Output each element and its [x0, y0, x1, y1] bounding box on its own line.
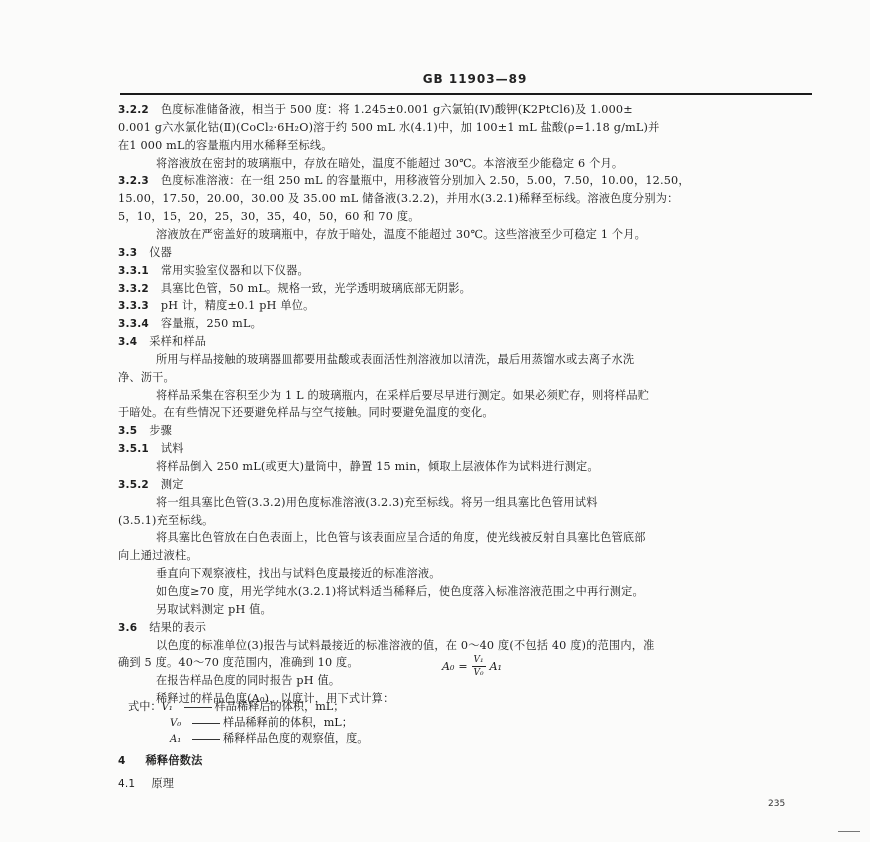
where-desc: 样品稀释前的体积，mL；: [223, 716, 353, 729]
section-title: 原理: [151, 777, 174, 790]
line-text: 将一组具塞比色管(3.3.2)用色度标准溶液(3.2.3)充至标线。将另一组具塞…: [156, 496, 598, 509]
line-text: 以色度的标准单位(3)报告与试料最接近的标准溶液的值，在 0～40 度(不包括 …: [156, 639, 655, 652]
line-text: 仪器: [149, 246, 172, 259]
clause-number: 3.4: [118, 335, 137, 349]
clause-number: 3.5: [118, 424, 137, 438]
paragraph-line: 向上通过液柱。: [118, 549, 198, 563]
where-symbol: A₁: [170, 733, 192, 747]
line-text: 将具塞比色管放在白色表面上，比色管与该表面应呈合适的角度，使光线被反射自具塞比色…: [156, 531, 646, 544]
page-number: 235: [768, 799, 785, 809]
line-text: 0.001 g六水氯化钴(Ⅱ)(CoCl₂·6H₂O)溶于约 500 mL 水(…: [118, 121, 659, 134]
numbered-clause: 3.2.2色度标准储备液，相当于 500 度：将 1.245±0.001 g六氯…: [118, 103, 633, 117]
line-text: 向上通过液柱。: [118, 549, 198, 562]
paragraph-line: 将溶液放在密封的玻璃瓶中，存放在暗处，温度不能超过 30℃。本溶液至少能稳定 6…: [156, 157, 623, 171]
em-dash: [184, 707, 212, 708]
em-dash: [192, 739, 220, 740]
clause-number: 3.3.1: [118, 264, 149, 278]
line-text: 具塞比色管，50 mL。规格一致，光学透明玻璃底部无阴影。: [161, 282, 471, 295]
numbered-clause: 3.4采样和样品: [118, 335, 206, 349]
where-desc: 样品稀释后的体积，mL；: [215, 700, 345, 713]
line-text: 采样和样品: [149, 335, 206, 348]
line-text: 将样品倒入 250 mL(或更大)量筒中，静置 15 min，倾取上层液体作为试…: [156, 460, 599, 473]
clause-number: 3.5.1: [118, 442, 149, 456]
line-text: 确到 5 度。40～70 度范围内，准确到 10 度。: [118, 656, 359, 669]
clause-number: 3.5.2: [118, 478, 149, 492]
section-number: 4.1: [118, 777, 135, 791]
line-text: 测定: [161, 478, 184, 491]
where-desc: 稀释样品色度的观察值，度。: [223, 732, 368, 745]
clause-number: 3.3: [118, 246, 137, 260]
paragraph-line: 所用与样品接触的玻璃器皿都要用盐酸或表面活性剂溶液加以清洗，最后用蒸馏水或去离子…: [156, 353, 634, 367]
formula-lhs: A₀: [442, 660, 454, 673]
line-text: pH 计，精度±0.1 pH 单位。: [161, 299, 315, 312]
paragraph-line: 将样品倒入 250 mL(或更大)量筒中，静置 15 min，倾取上层液体作为试…: [156, 460, 599, 474]
line-text: 结果的表示: [149, 621, 206, 634]
section-number: 4: [118, 754, 126, 768]
fraction-bar: [472, 666, 486, 667]
paragraph-line: 以色度的标准单位(3)报告与试料最接近的标准溶液的值，在 0～40 度(不包括 …: [156, 639, 655, 653]
paragraph-line: 垂直向下观察液柱，找出与试料色度最接近的标准溶液。: [156, 567, 441, 581]
line-text: 步骤: [149, 424, 172, 437]
where-line-2: V₀样品稀释前的体积，mL；: [170, 716, 353, 731]
section-heading-4-1: 4.1原理: [118, 777, 174, 791]
dilution-formula: A₀ = V₁ V₀ A₁: [442, 655, 502, 678]
formula-fraction: V₁ V₀: [472, 655, 486, 678]
line-text: 在1 000 mL的容量瓶内用水稀释至标线。: [118, 139, 333, 152]
clause-number: 3.6: [118, 621, 137, 635]
formula-numerator: V₁: [474, 655, 484, 665]
header-rule: [120, 93, 812, 95]
where-line-1: 式中：V₁样品稀释后的体积，mL；: [128, 700, 345, 715]
numbered-clause: 3.3仪器: [118, 246, 172, 260]
document-page: GB 11903—89 3.2.2色度标准储备液，相当于 500 度：将 1.2…: [0, 0, 870, 842]
line-text: 如色度≥70 度，用光学纯水(3.2.1)将试料适当稀释后，使色度落入标准溶液范…: [156, 585, 644, 598]
clause-number: 3.2.3: [118, 174, 149, 188]
line-text: 试料: [161, 442, 184, 455]
numbered-clause: 3.2.3色度标准溶液：在一组 250 mL 的容量瓶中，用移液管分别加入 2.…: [118, 174, 690, 188]
paragraph-line: 在报告样品色度的同时报告 pH 值。: [156, 674, 340, 688]
paragraph-line: 如色度≥70 度，用光学纯水(3.2.1)将试料适当稀释后，使色度落入标准溶液范…: [156, 585, 644, 599]
line-text: 在报告样品色度的同时报告 pH 值。: [156, 674, 340, 687]
where-line-3: A₁稀释样品色度的观察值，度。: [170, 732, 368, 747]
line-text: 容量瓶，250 mL。: [161, 317, 262, 330]
paragraph-line: 另取试料测定 pH 值。: [156, 603, 272, 617]
formula-factor: A₁: [490, 660, 502, 673]
standard-id-header: GB 11903—89: [420, 72, 530, 86]
clause-number: 3.3.3: [118, 299, 149, 313]
section-heading-4: 4稀释倍数法: [118, 753, 202, 768]
paragraph-line: 将具塞比色管放在白色表面上，比色管与该表面应呈合适的角度，使光线被反射自具塞比色…: [156, 531, 646, 545]
line-text: (3.5.1)充至标线。: [118, 514, 214, 527]
numbered-clause: 3.3.1常用实验室仪器和以下仪器。: [118, 264, 309, 278]
clause-number: 3.3.2: [118, 282, 149, 296]
formula-denominator: V₀: [474, 668, 484, 678]
numbered-clause: 3.6结果的表示: [118, 621, 206, 635]
em-dash: [192, 723, 220, 724]
section-title: 稀释倍数法: [146, 753, 203, 767]
line-text: 15.00，17.50，20.00，30.00 及 35.00 mL 储备液(3…: [118, 192, 678, 205]
numbered-clause: 3.3.3pH 计，精度±0.1 pH 单位。: [118, 299, 315, 313]
paragraph-line: 在1 000 mL的容量瓶内用水稀释至标线。: [118, 139, 333, 153]
paragraph-line: 于暗处。在有些情况下还要避免样品与空气接触。同时要避免温度的变化。: [118, 406, 494, 420]
line-text: 5，10，15，20，25，30，35，40，50，60 和 70 度。: [118, 210, 420, 223]
where-symbol: V₁: [162, 701, 184, 715]
numbered-clause: 3.5.2测定: [118, 478, 184, 492]
paragraph-line: (3.5.1)充至标线。: [118, 514, 214, 528]
paragraph-line: 0.001 g六水氯化钴(Ⅱ)(CoCl₂·6H₂O)溶于约 500 mL 水(…: [118, 121, 659, 135]
paragraph-line: 15.00，17.50，20.00，30.00 及 35.00 mL 储备液(3…: [118, 192, 678, 206]
line-text: 色度标准储备液，相当于 500 度：将 1.245±0.001 g六氯铂(Ⅳ)酸…: [161, 103, 633, 116]
clause-number: 3.2.2: [118, 103, 149, 117]
paragraph-line: 5，10，15，20，25，30，35，40，50，60 和 70 度。: [118, 210, 420, 224]
line-text: 垂直向下观察液柱，找出与试料色度最接近的标准溶液。: [156, 567, 441, 580]
paragraph-line: 将样品采集在容积至少为 1 L 的玻璃瓶内，在采样后要尽早进行测定。如果必须贮存…: [156, 389, 649, 403]
line-text: 溶液放在严密盖好的玻璃瓶中，存放于暗处，温度不能超过 30℃。这些溶液至少可稳定…: [156, 228, 646, 241]
line-text: 另取试料测定 pH 值。: [156, 603, 272, 616]
paragraph-line: 溶液放在严密盖好的玻璃瓶中，存放于暗处，温度不能超过 30℃。这些溶液至少可稳定…: [156, 228, 646, 242]
clause-number: 3.3.4: [118, 317, 149, 331]
line-text: 常用实验室仪器和以下仪器。: [161, 264, 309, 277]
numbered-clause: 3.3.2具塞比色管，50 mL。规格一致，光学透明玻璃底部无阴影。: [118, 282, 471, 296]
scan-corner-mark: [838, 831, 860, 832]
line-text: 色度标准溶液：在一组 250 mL 的容量瓶中，用移液管分别加入 2.50，5.…: [161, 174, 690, 187]
line-text: 将溶液放在密封的玻璃瓶中，存放在暗处，温度不能超过 30℃。本溶液至少能稳定 6…: [156, 157, 623, 170]
paragraph-line: 将一组具塞比色管(3.3.2)用色度标准溶液(3.2.3)充至标线。将另一组具塞…: [156, 496, 598, 510]
where-symbol: V₀: [170, 717, 192, 731]
numbered-clause: 3.3.4容量瓶，250 mL。: [118, 317, 262, 331]
line-text: 净、沥干。: [118, 371, 175, 384]
paragraph-line: 确到 5 度。40～70 度范围内，准确到 10 度。: [118, 656, 359, 670]
where-label: 式中：: [128, 700, 162, 713]
paragraph-line: 净、沥干。: [118, 371, 175, 385]
line-text: 于暗处。在有些情况下还要避免样品与空气接触。同时要避免温度的变化。: [118, 406, 494, 419]
numbered-clause: 3.5.1试料: [118, 442, 184, 456]
numbered-clause: 3.5步骤: [118, 424, 172, 438]
formula-equals: =: [458, 660, 467, 673]
line-text: 将样品采集在容积至少为 1 L 的玻璃瓶内，在采样后要尽早进行测定。如果必须贮存…: [156, 389, 649, 402]
line-text: 所用与样品接触的玻璃器皿都要用盐酸或表面活性剂溶液加以清洗，最后用蒸馏水或去离子…: [156, 353, 634, 366]
